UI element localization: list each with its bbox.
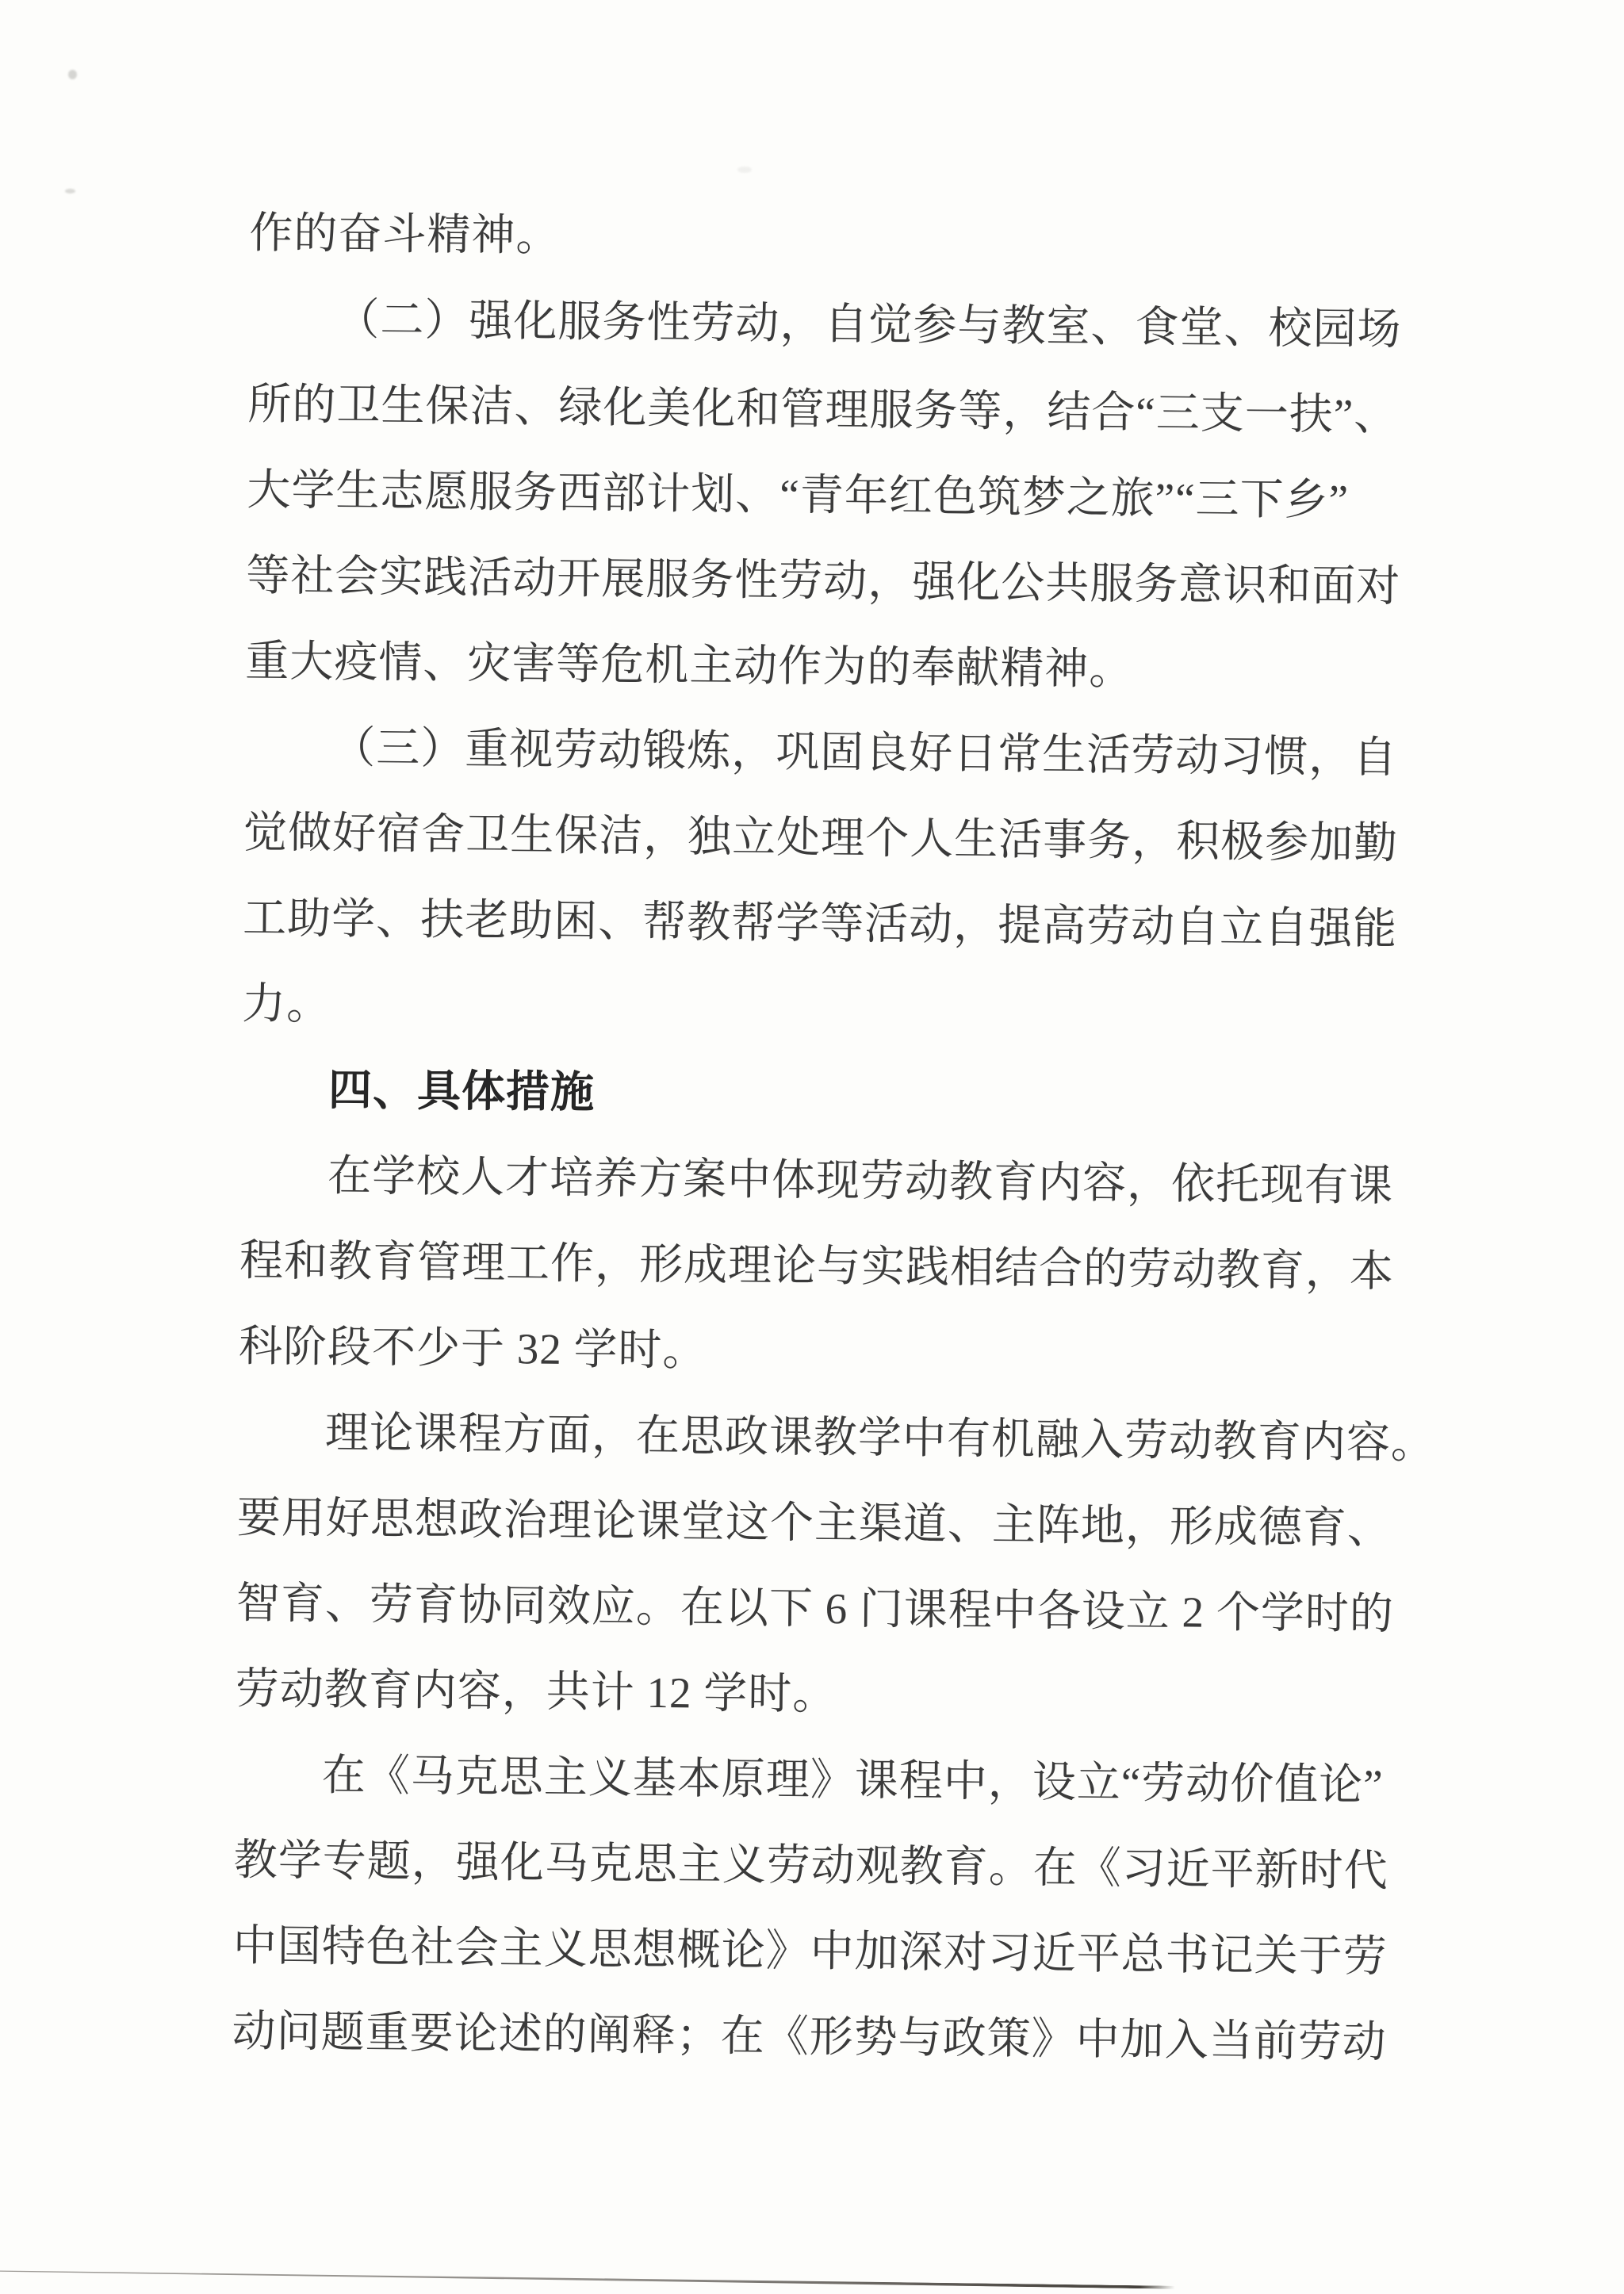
text-line: 等社会实践活动开展服务性劳动，强化公共服务意识和面对	[246, 533, 1412, 630]
text-line: （二）强化服务性劳动，自觉参与教室、食堂、校园场	[248, 276, 1415, 373]
document-text-block: 作的奋斗精神。 （二）强化服务性劳动，自觉参与教室、食堂、校园场 所的卫生保洁、…	[232, 190, 1415, 2085]
text-line: 智育、劳育协同效应。在以下 6 门课程中各设立 2 个学时的	[236, 1561, 1402, 1657]
text-line: 程和教育管理工作，形成理论与实践相结合的劳动教育，本	[239, 1218, 1406, 1315]
scan-page-edge-artifact	[0, 2269, 1175, 2289]
text-line: 教学专题，强化马克思主义劳动观教育。在《习近平新时代	[233, 1817, 1400, 1914]
scanned-document-page: 作的奋斗精神。 （二）强化服务性劳动，自觉参与教室、食堂、校园场 所的卫生保洁、…	[0, 0, 1624, 2294]
text-line: 科阶段不少于 32 学时。	[238, 1304, 1404, 1400]
text-line: 力。	[242, 961, 1408, 1058]
text-line: 作的奋斗精神。	[249, 190, 1415, 287]
text-line: 所的卫生保洁、绿化美化和管理服务等，结合“三支一扶”、	[247, 362, 1414, 458]
scan-smudge-artifact	[737, 167, 752, 173]
text-line: 理论课程方面，在思政课教学中有机融入劳动教育内容。	[237, 1389, 1404, 1486]
text-line: 重大疫情、灾害等危机主动作为的奉献精神。	[245, 618, 1411, 715]
text-line: 大学生志愿服务西部计划、“青年红色筑梦之旅”“三下乡”	[247, 447, 1413, 544]
text-line: 动问题重要论述的阐释；在《形势与政策》中加入当前劳动	[232, 1989, 1398, 2085]
section-heading: 四、具体措施	[241, 1047, 1408, 1143]
text-line: 劳动教育内容，共计 12 学时。	[235, 1646, 1401, 1743]
text-line: 要用好思想政治理论课堂这个主渠道、主阵地，形成德育、	[236, 1475, 1403, 1572]
text-line: 在学校人才培养方案中体现劳动教育内容，依托现有课	[240, 1132, 1407, 1229]
scan-speck-artifact	[65, 189, 75, 193]
text-line: 中国特色社会主义思想概论》中加深对习近平总书记关于劳	[232, 1903, 1399, 2000]
scan-speck-artifact	[68, 70, 77, 79]
text-line: 工助学、扶老助困、帮教帮学等活动，提高劳动自立自强能	[243, 875, 1409, 972]
text-line: （三）重视劳动锻炼，巩固良好日常生活劳动习惯，自	[244, 704, 1411, 801]
text-line: 觉做好宿舍卫生保洁，独立处理个人生活事务，积极参加勤	[243, 790, 1410, 887]
text-line: 在《马克思主义基本原理》课程中，设立“劳动价值论”	[234, 1732, 1400, 1829]
